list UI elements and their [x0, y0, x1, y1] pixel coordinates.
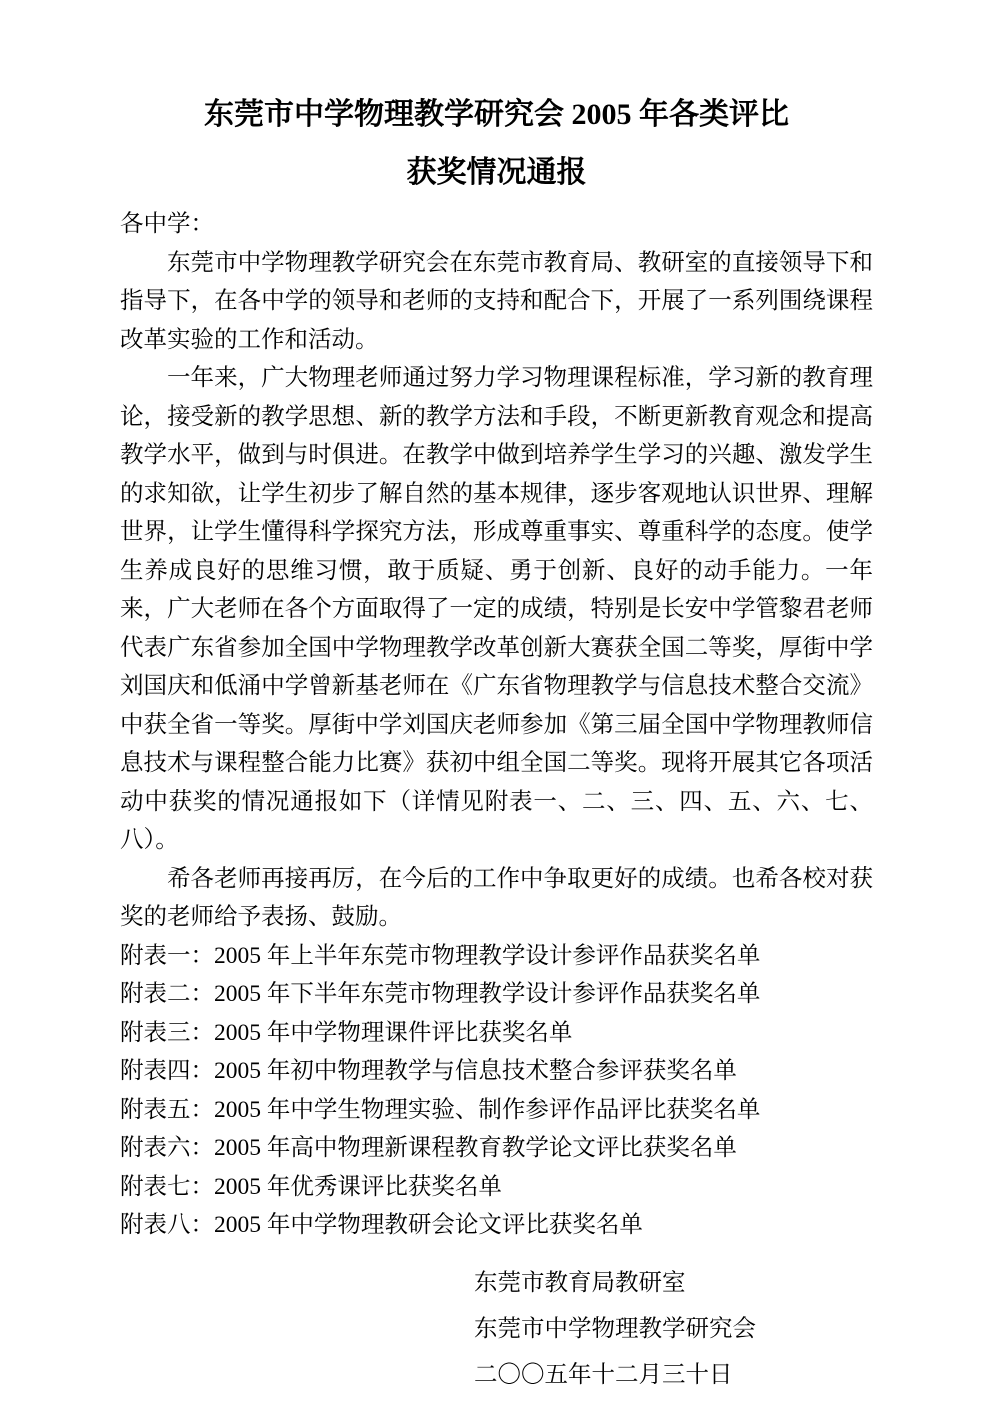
attachment-item-3: 附表三：2005 年中学物理课件评比获奖名单	[120, 1014, 873, 1053]
attachment-item-8: 附表八：2005 年中学物理教研会论文评比获奖名单	[120, 1206, 873, 1245]
attachment-item-7: 附表七：2005 年优秀课评比获奖名单	[120, 1168, 873, 1207]
signature-org-1: 东莞市教育局教研室	[474, 1260, 873, 1306]
attachment-item-5: 附表五：2005 年中学生物理实验、制作参评作品评比获奖名单	[120, 1091, 873, 1130]
document-title-line1: 东莞市中学物理教学研究会 2005 年各类评比	[0, 0, 993, 134]
document-title-line2: 获奖情况通报	[0, 134, 993, 192]
signature-block: 东莞市教育局教研室 东莞市中学物理教学研究会 二〇〇五年十二月三十日	[120, 1260, 873, 1398]
document-body: 各中学： 东莞市中学物理教学研究会在东莞市教育局、教研室的直接领导下和指导下，在…	[120, 205, 873, 1398]
salutation: 各中学：	[120, 205, 873, 244]
signature-org-2: 东莞市中学物理教学研究会	[474, 1306, 873, 1352]
attachment-list: 附表一：2005 年上半年东莞市物理教学设计参评作品获奖名单 附表二：2005 …	[120, 937, 873, 1245]
attachment-item-4: 附表四：2005 年初中物理教学与信息技术整合参评获奖名单	[120, 1052, 873, 1091]
attachment-item-2: 附表二：2005 年下半年东莞市物理教学设计参评作品获奖名单	[120, 975, 873, 1014]
paragraph-encouragement: 希各老师再接再厉，在今后的工作中争取更好的成绩。也希各校对获奖的老师给予表扬、鼓…	[120, 860, 873, 937]
document-page: 东莞市中学物理教学研究会 2005 年各类评比 获奖情况通报 各中学： 东莞市中…	[0, 0, 993, 1404]
paragraph-achievements: 一年来，广大物理老师通过努力学习物理课程标准，学习新的教育理论，接受新的教学思想…	[120, 359, 873, 860]
attachment-item-1: 附表一：2005 年上半年东莞市物理教学设计参评作品获奖名单	[120, 937, 873, 976]
paragraph-intro: 东莞市中学物理教学研究会在东莞市教育局、教研室的直接领导下和指导下，在各中学的领…	[120, 244, 873, 360]
signature-date: 二〇〇五年十二月三十日	[474, 1352, 873, 1398]
attachment-item-6: 附表六：2005 年高中物理新课程教育教学论文评比获奖名单	[120, 1129, 873, 1168]
